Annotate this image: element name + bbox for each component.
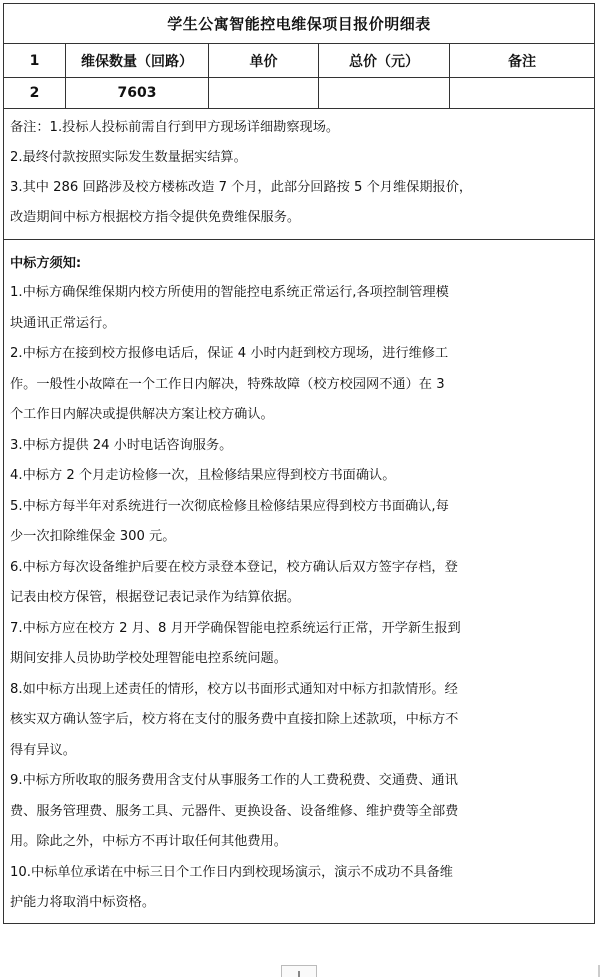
quantity-cell: 7603 xyxy=(66,78,209,108)
requirement-line: 个工作日内解决或提供解决方案让校方确认。 xyxy=(10,400,588,431)
requirements-heading: 中标方须知: xyxy=(10,250,588,278)
requirement-line: 得有异议。 xyxy=(10,736,588,767)
column-header-unit-price: 单价 xyxy=(209,44,319,77)
requirement-line: 10.中标单位承诺在中标三日个工作日内到校现场演示，演示不成功不具备维 xyxy=(10,858,588,889)
requirement-line: 费、服务管理费、服务工具、元器件、更换设备、设备维修、维护费等全部费 xyxy=(10,797,588,828)
requirement-line: 块通讯正常运行。 xyxy=(10,309,588,340)
requirement-line: 1.中标方确保维保期内校方所使用的智能控电系统正常运行,各项控制管理模 xyxy=(10,278,588,309)
requirement-line: 9.中标方所收取的服务费用含支付从事服务工作的人工费税费、交通费、通讯 xyxy=(10,766,588,797)
header-row: 1 维保数量（回路） 单价 总价（元） 备注 xyxy=(4,44,594,78)
note-line: 3.其中 286 回路涉及校方楼栋改造 7 个月，此部分回路按 5 个月维保期报… xyxy=(10,173,588,203)
requirement-line: 护能力将取消中标资格。 xyxy=(10,888,588,919)
requirement-line: 5.中标方每半年对系统进行一次彻底检修且检修结果应得到校方书面确认,每 xyxy=(10,492,588,523)
requirement-line: 2.中标方在接到校方报修电话后，保证 4 小时内赶到校方现场，进行维修工 xyxy=(10,339,588,370)
column-header-remarks: 备注 xyxy=(450,44,594,77)
notes-section: 备注：1.投标人投标前需自行到甲方现场详细勘察现场。 2.最终付款按照实际发生数… xyxy=(4,109,594,240)
quotation-table: 学生公寓智能控电维保项目报价明细表 1 维保数量（回路） 单价 总价（元） 备注… xyxy=(3,3,595,924)
requirement-line: 7.中标方应在校方 2 月、8 月开学确保智能电控系统运行正常，开学新生报到 xyxy=(10,614,588,645)
data-row: 2 7603 xyxy=(4,78,594,109)
remarks-cell xyxy=(450,78,594,108)
column-header-quantity: 维保数量（回路） xyxy=(66,44,209,77)
bidder-requirements-section: 中标方须知: 1.中标方确保维保期内校方所使用的智能控电系统正常运行,各项控制管… xyxy=(4,240,594,923)
note-line: 备注：1.投标人投标前需自行到甲方现场详细勘察现场。 xyxy=(10,113,588,143)
requirement-line: 期间安排人员协助学校处理智能电控系统问题。 xyxy=(10,644,588,675)
requirement-line: 核实双方确认签字后，校方将在支付的服务费中直接扣除上述款项，中标方不 xyxy=(10,705,588,736)
total-price-cell xyxy=(319,78,450,108)
unit-price-cell xyxy=(209,78,319,108)
requirement-line: 用。除此之外，中标方不再计取任何其他费用。 xyxy=(10,827,588,858)
note-line: 2.最终付款按照实际发生数量据实结算。 xyxy=(10,143,588,173)
requirement-line: 3.中标方提供 24 小时电话咨询服务。 xyxy=(10,431,588,462)
requirement-line: 少一次扣除维保金 300 元。 xyxy=(10,522,588,553)
resize-handle[interactable] xyxy=(281,965,317,977)
table-title: 学生公寓智能控电维保项目报价明细表 xyxy=(4,4,594,44)
requirement-line: 6.中标方每次设备维护后要在校方录登本登记，校方确认后双方签字存档，登 xyxy=(10,553,588,584)
row-index-cell: 1 xyxy=(4,44,66,77)
column-header-total-price: 总价（元） xyxy=(319,44,450,77)
requirement-line: 8.如中标方出现上述责任的情形，校方以书面形式通知对中标方扣款情形。经 xyxy=(10,675,588,706)
row-index-cell: 2 xyxy=(4,78,66,108)
requirement-line: 作。一般性小故障在一个工作日内解决，特殊故障（校方校园网不通）在 3 xyxy=(10,370,588,401)
note-line: 改造期间中标方根据校方指令提供免费维保服务。 xyxy=(10,203,588,233)
requirement-line: 记表由校方保管，根据登记表记录作为结算依据。 xyxy=(10,583,588,614)
requirement-line: 4.中标方 2 个月走访检修一次，且检修结果应得到校方书面确认。 xyxy=(10,461,588,492)
